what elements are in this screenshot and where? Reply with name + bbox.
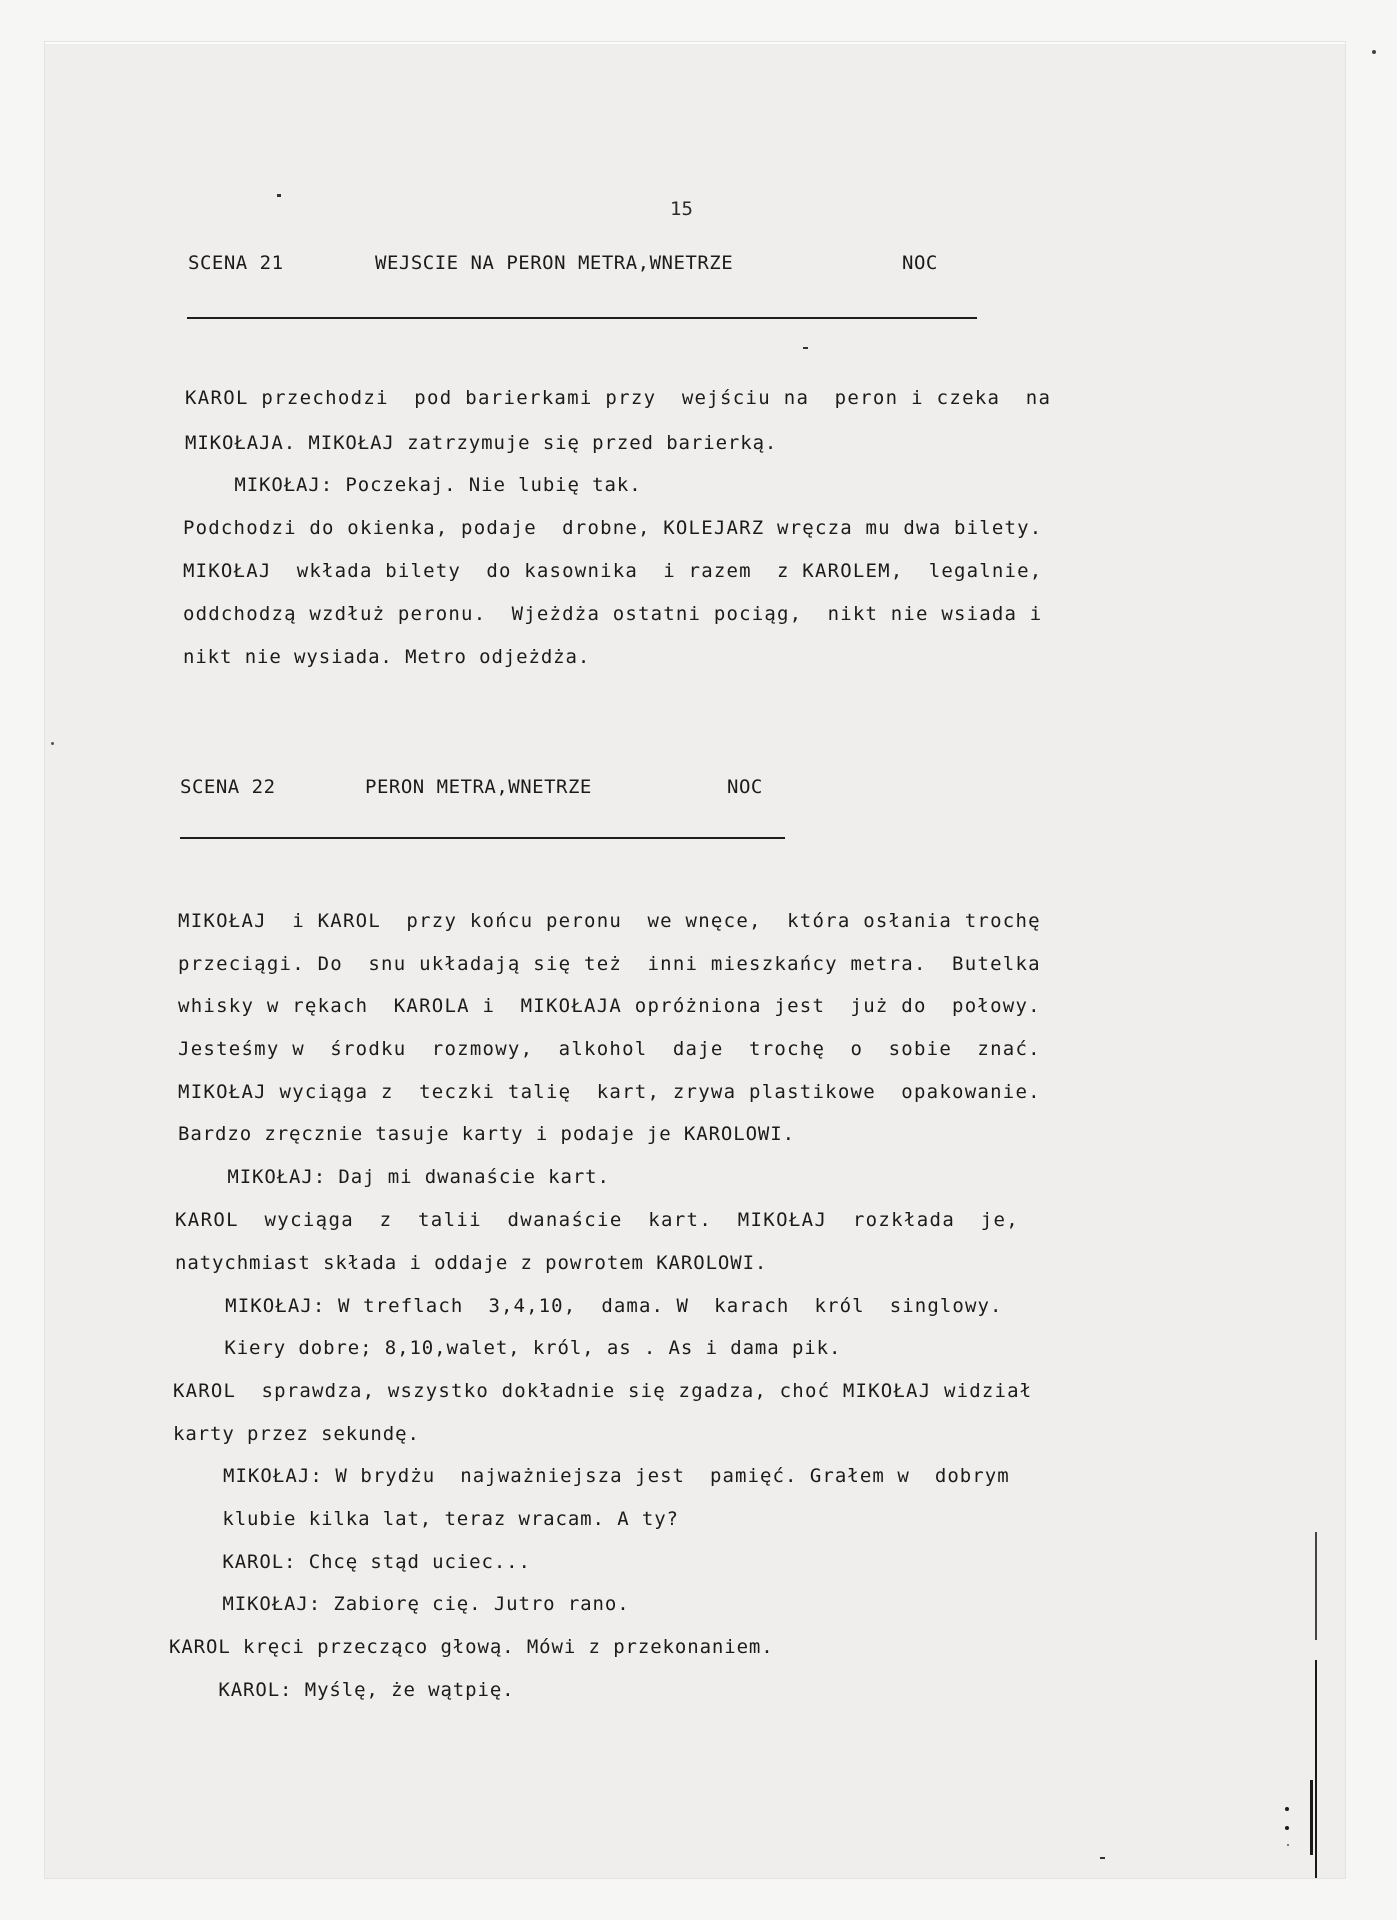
scene-22-line: karty przez sekundę. [173,1423,420,1445]
scene-21-line: MIKOŁAJ: Poczekaj. Nie lubię tak. [185,474,642,496]
scene-22-time: NOC [727,776,763,798]
scene-22-line: KAROL: Chcę stąd uciec... [173,1551,531,1573]
scene-22-number: SCENA 22 [180,776,276,798]
typescript-page: 15 SCENA 21 WEJSCIE NA PERON METRA,WNETR… [45,42,1345,1878]
scene-21-line: MIKOŁAJ wkłada bilety do kasownika i raz… [183,560,1042,582]
stray-mark [51,742,54,745]
scene-22-line: MIKOŁAJ wyciąga z teczki talię kart, zry… [178,1081,1041,1103]
margin-bar-lower [1315,1660,1317,1878]
scene-22-line: whisky w rękach KAROLA i MIKOŁAJA opróżn… [178,995,1041,1017]
page-number: 15 [670,198,693,220]
scene-22-line: Kiery dobre; 8,10,walet, król, as . As i… [175,1337,841,1359]
scene-21-line: Podchodzi do okienka, podaje drobne, KOL… [183,517,1042,539]
scene-22-line: przeciągi. Do snu układają się też inni … [178,953,1041,975]
scene-22-line: KAROL kręci przecząco głową. Mówi z prze… [169,1636,774,1658]
margin-bar-short [1310,1780,1313,1855]
scene-22-line: klubie kilka lat, teraz wracam. A ty? [173,1508,679,1530]
scene-21-time: NOC [902,252,938,274]
scene-22-line: KAROL sprawdza, wszystko dokładnie się z… [173,1380,1032,1402]
margin-dot [1285,1826,1289,1830]
scene-22-line: KAROL wyciąga z talii dwanaście kart. MI… [175,1209,1019,1231]
scene-22-underline [180,837,785,839]
scene-21-line: oddchodzą wzdłuż peronu. Wjeżdża ostatni… [183,603,1042,625]
stray-mark [277,194,281,197]
margin-bar-upper [1315,1532,1317,1640]
scene-22-line: KAROL: Myślę, że wątpię. [169,1679,515,1701]
margin-dot [1285,1807,1289,1811]
scene-22-line: MIKOŁAJ: Daj mi dwanaście kart. [178,1166,610,1188]
scene-21-location: WEJSCIE NA PERON METRA,WNETRZE [375,252,733,274]
stray-mark [1100,1857,1105,1859]
margin-speck [1287,1844,1289,1846]
stray-mark [1372,50,1376,54]
scene-22-location: PERON METRA,WNETRZE [365,776,592,798]
scene-22-line: MIKOŁAJ i KAROL przy końcu peronu we wnę… [178,910,1041,932]
scene-21-underline [187,317,977,319]
scene-22-line: natychmiast składa i oddaje z powrotem K… [175,1252,767,1274]
scene-22-line: Bardzo zręcznie tasuje karty i podaje je… [178,1123,795,1145]
scene-21-line: MIKOŁAJA. MIKOŁAJ zatrzymuje się przed b… [185,432,777,454]
scene-22-line: MIKOŁAJ: W brydżu najważniejsza jest pam… [173,1465,1010,1487]
scene-22-line: Jesteśmy w środku rozmowy, alkohol daje … [178,1038,1041,1060]
scene-22-line: MIKOŁAJ: Zabiorę cię. Jutro rano. [173,1593,630,1615]
stray-mark [803,347,808,349]
scene-21-line: KAROL przechodzi pod barierkami przy wej… [185,387,1051,409]
scene-22-line: MIKOŁAJ: W treflach 3,4,10, dama. W kara… [175,1295,1003,1317]
scene-21-number: SCENA 21 [188,252,284,274]
scene-21-line: nikt nie wysiada. Metro odjeżdża. [183,646,590,668]
